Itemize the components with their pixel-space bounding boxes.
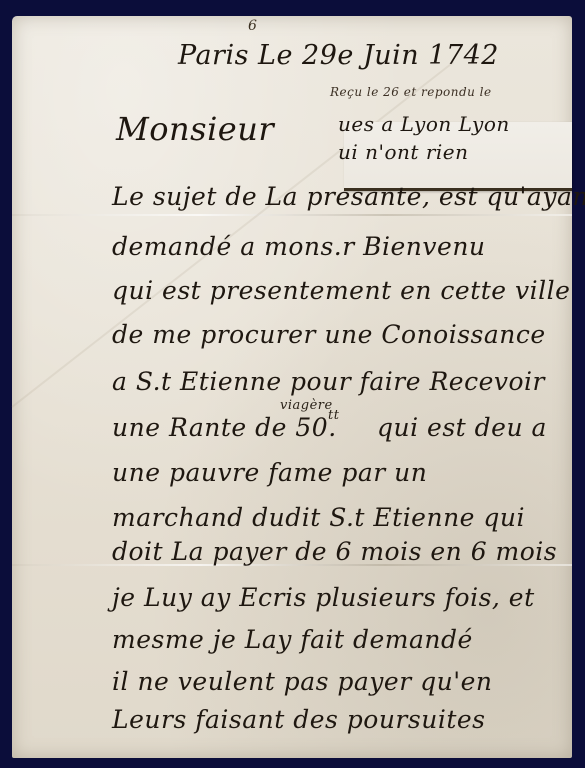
body-line: je Luy ay Ecris plusieurs fois, et [112,583,535,612]
paper-fold [12,214,572,216]
dateline: Paris Le 29e Juin 1742 [178,40,499,71]
document-scan: 6 Paris Le 29e Juin 1742 Reçu le 26 et r… [0,0,585,768]
body-line: mesme je Lay fait demandé [112,625,473,654]
receipt-note: Reçu le 26 et repondu le [330,85,492,99]
slip-line: ues a Lyon Lyon [338,112,510,136]
body-line: marchand dudit S.t Etienne qui [112,503,525,532]
salutation: Monsieur [116,110,274,148]
body-line: Le sujet de La presante, est qu'ayant [112,182,585,211]
interlinear-insertion: viagère [280,398,333,413]
page-mark: 6 [248,18,257,34]
slip-line: ui n'ont rien [338,140,469,164]
body-line: demandé a mons.r Bienvenu [112,232,486,261]
body-line: une pauvre fame par un [112,458,427,487]
body-line: qui est presentement en cette ville [112,276,570,305]
body-line: a S.t Etienne pour faire Recevoir [112,367,545,396]
body-line: il ne veulent pas payer qu'en [112,667,492,696]
body-line: doit La payer de 6 mois en 6 mois [112,537,557,566]
body-line-suffix: qui est deu a [377,413,547,442]
body-line: de me procurer une Conoissance [112,320,546,349]
body-line: Leurs faisant des poursuites [112,705,486,734]
body-line: une Rante de 50. [112,413,337,442]
